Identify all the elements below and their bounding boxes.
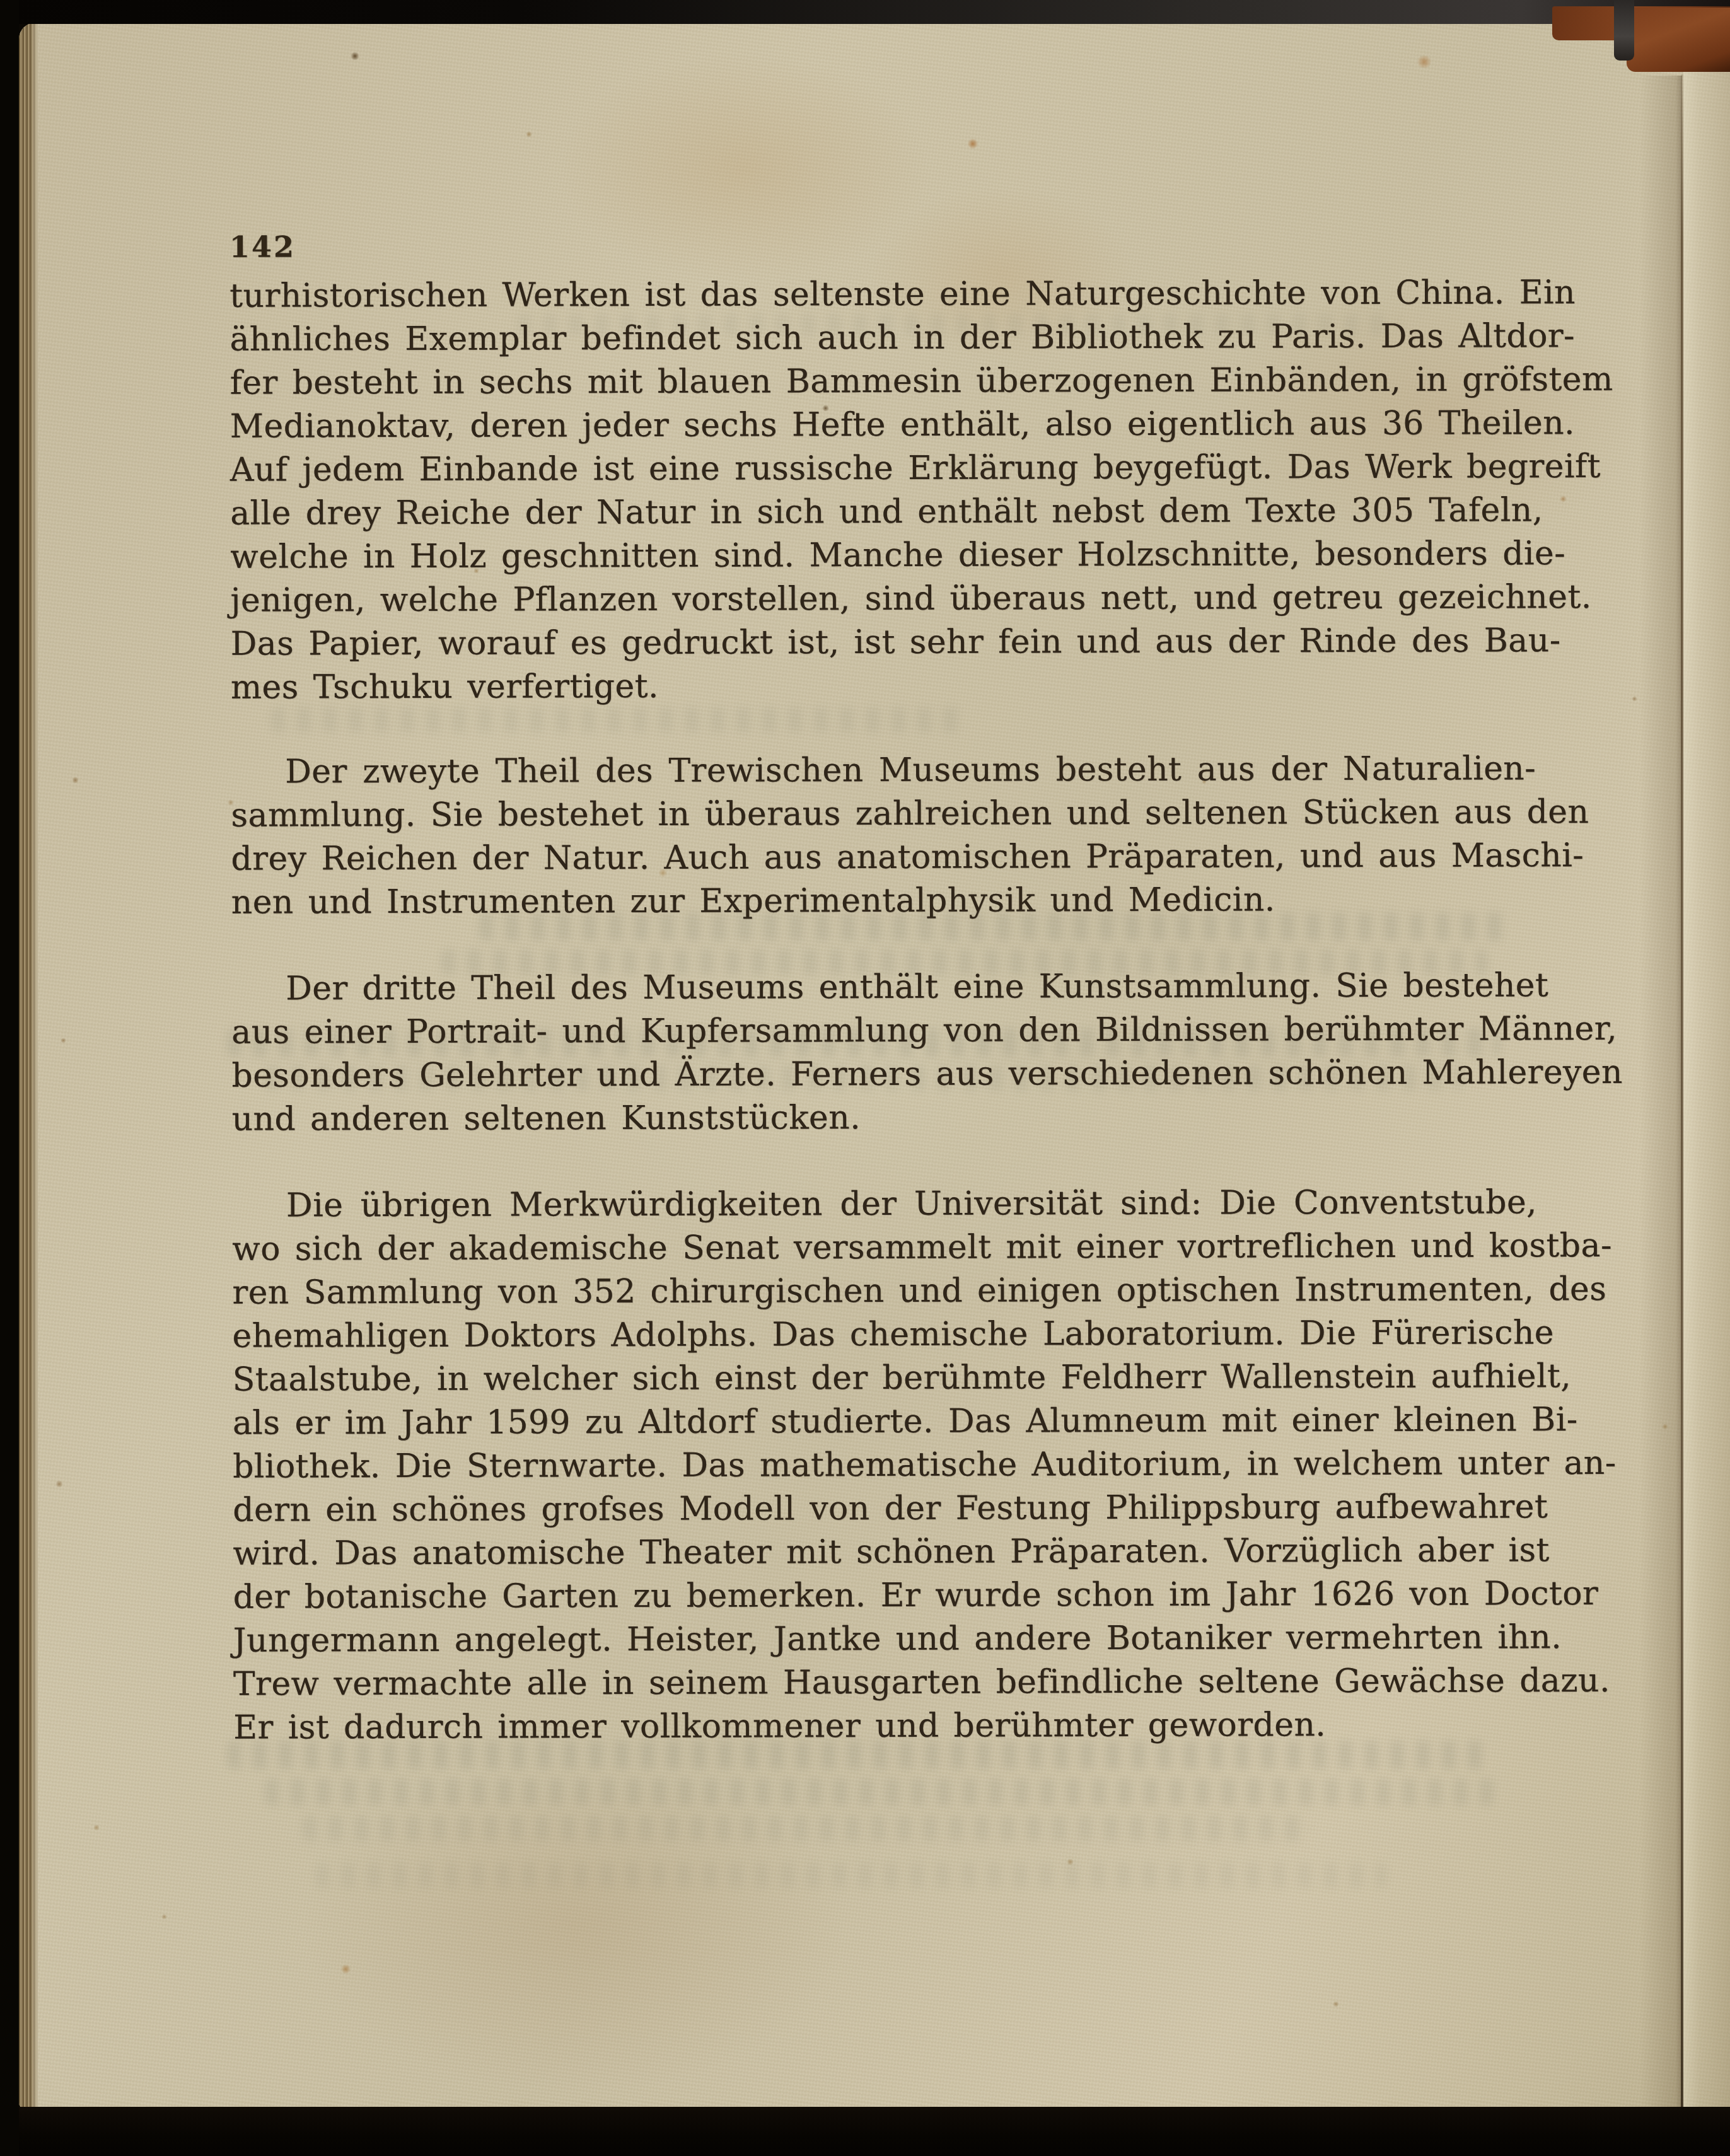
text-line: wird. Das anatomische Theater mit schöne…	[233, 1529, 1538, 1575]
text-line: mes Tschuku verfertiget.	[231, 663, 1536, 709]
text-line: ähnliches Exemplar befindet sich auch in…	[229, 315, 1535, 361]
scanned-book-page: 142 turhistorischen Werken ist das selte…	[0, 0, 1730, 2156]
paragraph: turhistorischen Werken ist das seltenste…	[229, 271, 1536, 709]
paragraph: Der zweyte Theil des Trewischen Museums …	[231, 747, 1536, 924]
foxing-spot	[72, 777, 79, 784]
foxing-spot	[61, 1038, 66, 1043]
text-line: aus einer Portrait- und Kupfersammlung v…	[231, 1007, 1536, 1054]
showthrough-smudge	[265, 1779, 1494, 1805]
foxing-spot	[351, 52, 359, 61]
text-line: der botanische Garten zu bemerken. Er wu…	[233, 1572, 1538, 1619]
text-line: Er ist dadurch immer vollkommener und be…	[233, 1703, 1538, 1749]
text-line: bliothek. Die Sternwarte. Das mathematis…	[233, 1442, 1538, 1488]
text-line: ehemahligen Doktors Adolphs. Das chemisc…	[232, 1311, 1537, 1358]
text-line: Medianoktav, deren jeder sechs Hefte ent…	[230, 402, 1535, 448]
text-line: besonders Gelehrter und Ärzte. Ferners a…	[231, 1051, 1536, 1098]
text-line: wo sich der akademische Senat versammelt…	[232, 1224, 1537, 1271]
showthrough-smudge	[315, 1863, 1387, 1888]
foxing-spot	[1560, 496, 1567, 502]
text-line: als er im Jahr 1599 zu Altdorf studierte…	[233, 1398, 1538, 1445]
gutter-shadow	[1639, 76, 1682, 2108]
foxing-spot	[55, 1480, 63, 1488]
scan-bottom-shadow	[0, 2107, 1730, 2156]
foxing-spot	[1333, 2001, 1339, 2007]
paragraph: Der dritte Theil des Museums enthält ein…	[231, 964, 1537, 1141]
foxing-spot	[161, 1914, 167, 1920]
text-line: Trew vermachte alle in seinem Hausgarten…	[233, 1659, 1538, 1706]
text-line: Das Papier, worauf es gedruckt ist, ist …	[231, 619, 1536, 666]
text-line: fer besteht in sechs mit blauen Bammesin…	[229, 358, 1535, 405]
page-edge-stack	[19, 23, 38, 2108]
text-line: nen und Instrumenten zur Experimentalphy…	[231, 878, 1536, 924]
foxing-spot	[1632, 696, 1637, 702]
foxing-spot	[1662, 1423, 1668, 1430]
foxing-spot	[1067, 1858, 1074, 1865]
foxing-spot	[967, 139, 978, 149]
text-line: Der zweyte Theil des Trewischen Museums …	[231, 747, 1536, 794]
paragraph: Die übrigen Merkwürdigkeiten der Univers…	[232, 1181, 1538, 1749]
text-line: drey Reichen der Natur. Auch aus anatomi…	[231, 834, 1536, 881]
scan-left-shadow	[0, 0, 19, 2156]
foxing-spot	[340, 1964, 351, 1974]
text-line: turhistorischen Werken ist das seltenste…	[229, 271, 1535, 318]
text-line: welche in Holz geschnitten sind. Manche …	[230, 532, 1535, 579]
text-line: Jungermann angelegt. Heister, Jantke und…	[233, 1616, 1538, 1662]
adjacent-page-edge	[1683, 38, 1730, 2108]
text-line: alle drey Reiche der Natur in sich und e…	[230, 489, 1535, 535]
text-line: jenigen, welche Pflanzen vorstellen, sin…	[230, 576, 1535, 622]
page-fold-crease	[1681, 74, 1683, 2108]
text-line: ren Sammlung von 352 chirurgischen und e…	[232, 1268, 1537, 1314]
foxing-spot	[526, 131, 532, 137]
text-line: sammlung. Sie bestehet in überaus zahlre…	[231, 791, 1536, 837]
text-line: Die übrigen Merkwürdigkeiten der Univers…	[232, 1181, 1537, 1227]
text-line: und anderen seltenen Kunststücken.	[232, 1094, 1537, 1141]
text-line: Staalstube, in welcher sich einst der be…	[233, 1355, 1538, 1401]
showthrough-smudge	[303, 1816, 1311, 1841]
showthrough-smudge	[271, 707, 965, 733]
scan-top-shadow	[0, 0, 1730, 24]
text-line: Der dritte Theil des Museums enthält ein…	[231, 964, 1536, 1011]
spine-clamp-shadow	[1614, 0, 1634, 61]
text-line: Auf jedem Einbande ist eine russische Er…	[230, 445, 1535, 492]
text-line: dern ein schönes grofses Modell von der …	[233, 1485, 1538, 1532]
book-cover-board	[1627, 8, 1730, 72]
foxing-spot	[93, 1824, 100, 1831]
page-number: 142	[229, 229, 296, 264]
foxing-spot	[1416, 55, 1432, 68]
